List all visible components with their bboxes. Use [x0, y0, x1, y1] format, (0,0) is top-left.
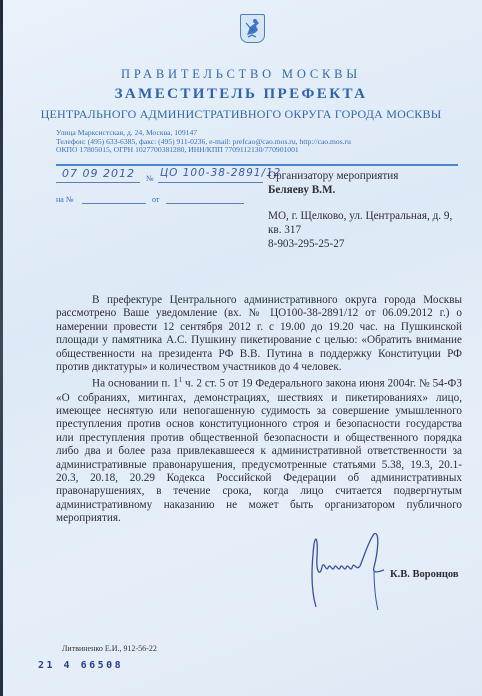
registry-stamp-number: 21 4 66508	[38, 660, 123, 671]
recipient-address-line2: кв. 317	[268, 224, 301, 236]
reply-from-underline	[166, 203, 244, 204]
recipient-address-line1: МО, г. Щелково, ул. Центральная, д. 9,	[268, 210, 452, 222]
handwritten-signature-icon	[308, 532, 390, 612]
letterhead-contacts: Улица Марксистская, д. 24, Москва, 10914…	[56, 129, 351, 155]
header-divider	[56, 164, 458, 166]
date-underline	[56, 182, 140, 183]
outgoing-date: 07 09 2012	[62, 167, 135, 180]
government-heading: ПРАВИТЕЛЬСТВО МОСКВЫ	[0, 67, 482, 82]
letter-body: В префектуре Центрального административн…	[56, 294, 462, 526]
body-paragraph-2: На основании п. 11 ч. 2 ст. 5 от 19 Феде…	[56, 374, 462, 525]
executor-contact: Литвиненко Е.И., 912-56-22	[62, 644, 157, 653]
deputy-prefect-heading: ЗАМЕСТИТЕЛЬ ПРЕФЕКТА	[0, 86, 482, 103]
moscow-coat-of-arms-icon	[240, 14, 265, 43]
recipient-title: Организатору мероприятия	[268, 170, 398, 182]
signatory-name: К.В. Воронцов	[390, 569, 459, 580]
reply-to-underline	[82, 203, 146, 204]
recipient-name: Беляеву В.М.	[268, 184, 335, 196]
district-heading: ЦЕНТРАЛЬНОГО АДМИНИСТРАТИВНОГО ОКРУГА ГО…	[0, 107, 482, 122]
paragraph-2-start: На основании п. 1	[92, 378, 179, 390]
scan-edge	[0, 0, 3, 696]
number-underline	[158, 182, 263, 183]
registry-codes: ОКПО 17805015, ОГРН 1027700381280, ИНН/К…	[56, 146, 351, 155]
reply-from-label: от	[152, 195, 159, 204]
body-paragraph-1: В префектуре Центрального административн…	[56, 294, 462, 374]
reply-to-label: на №	[56, 195, 73, 204]
number-label: №	[146, 174, 154, 183]
paragraph-2-rest: ч. 2 ст. 5 от 19 Федерального закона июн…	[56, 378, 462, 524]
recipient-phone: 8-903-295-25-27	[268, 238, 344, 250]
outgoing-number: ЦО 100-38-2891/12	[160, 167, 281, 179]
